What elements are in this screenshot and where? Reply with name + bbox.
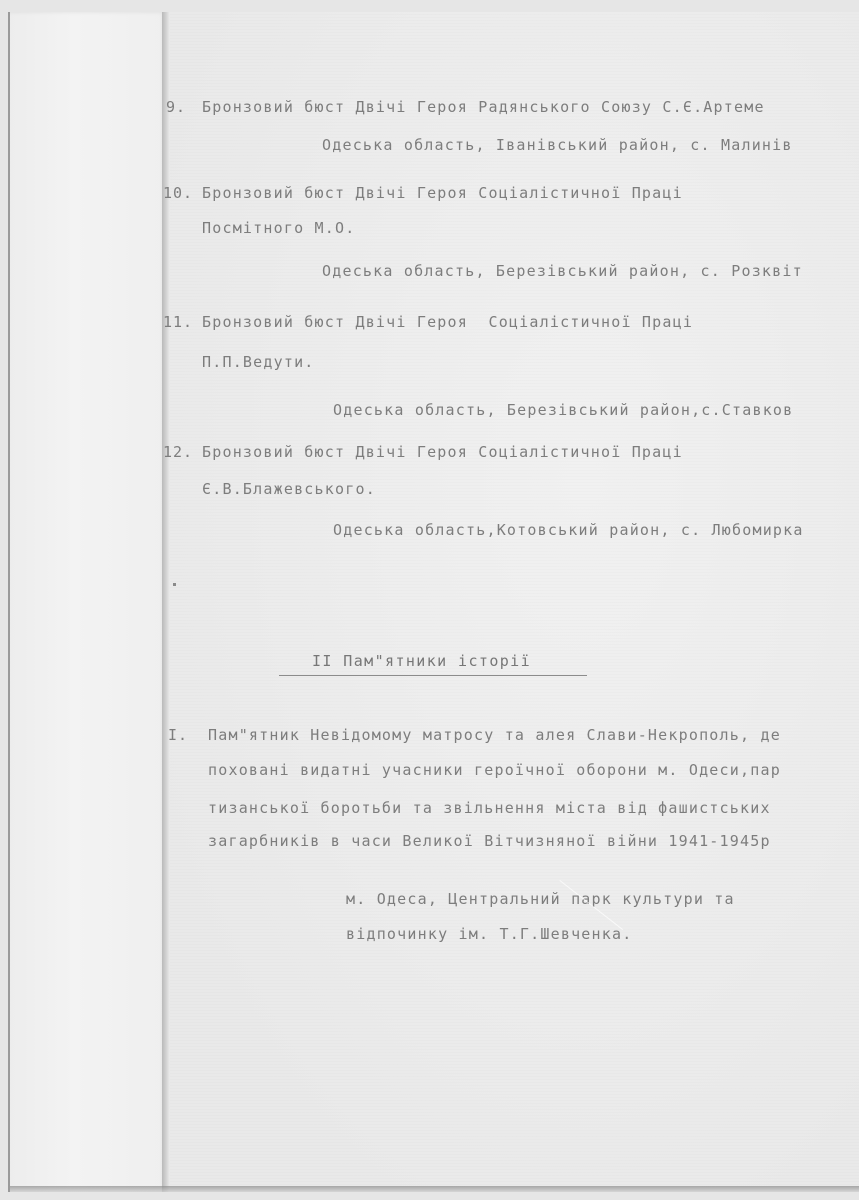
entry-text: Бронзовий бюст Двічі Героя Соціалістично… — [202, 184, 683, 202]
entry-text: тизанської боротьби та звільнення міста … — [208, 799, 771, 817]
entry-location: Одеська область, Іванівський район, с. М… — [322, 136, 793, 154]
page-bottom-edge — [10, 1186, 859, 1192]
entry-number: 9. — [166, 98, 186, 116]
entry-location: Одеська область, Березівський район,с.Ст… — [333, 401, 793, 419]
entry-location: Одеська область,Котовський район, с. Люб… — [333, 521, 804, 539]
entry-number: 11. — [163, 313, 193, 331]
entry-text: Посмітного М.О. — [202, 219, 355, 237]
section-underline — [279, 675, 587, 676]
folded-back-sheet — [8, 12, 166, 1192]
section-title: II Пам"ятники історії — [312, 652, 531, 670]
entry-text: загарбників в часи Великої Вітчизняної в… — [208, 832, 771, 850]
entry-text: поховані видатні учасники героїчної обор… — [208, 761, 781, 779]
entry-number: 10. — [163, 184, 193, 202]
stray-mark — [173, 583, 176, 586]
entry-text: Є.В.Блажевського. — [202, 480, 376, 498]
entry-text: Бронзовий бюст Двічі Героя Соціалістично… — [202, 443, 683, 461]
entry-number: 12. — [163, 443, 193, 461]
scanned-document: 9. Бронзовий бюст Двічі Героя Радянськог… — [0, 0, 859, 1200]
entry-text: Бронзовий бюст Двічі Героя Радянського С… — [202, 98, 765, 116]
entry-number: I. — [168, 726, 188, 744]
entry-text: Пам"ятник Невідомому матросу та алея Сла… — [208, 726, 781, 744]
entry-text: Бронзовий бюст Двічі Героя Соціалістично… — [202, 313, 693, 331]
entry-location: Одеська область, Березівський район, с. … — [322, 262, 803, 280]
entry-text: П.П.Ведути. — [202, 353, 315, 371]
